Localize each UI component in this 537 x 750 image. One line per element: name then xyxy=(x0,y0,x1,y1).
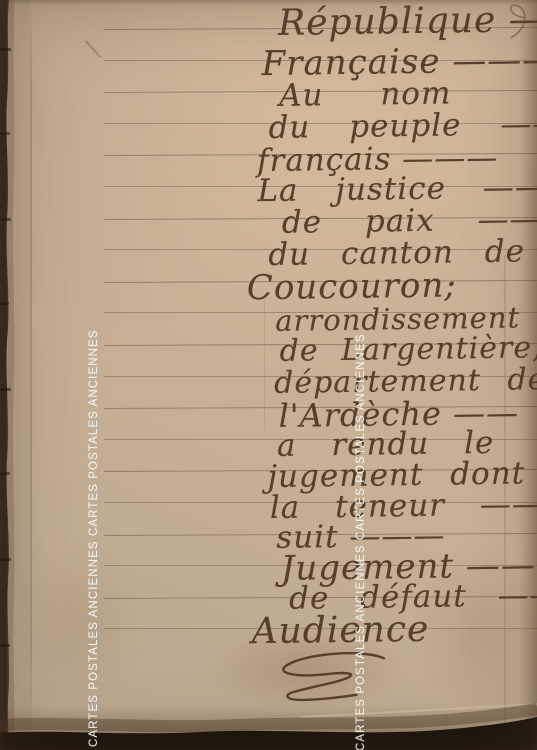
manuscript-line: du peuple —— xyxy=(268,109,537,144)
paper-edge-top xyxy=(0,0,537,5)
paper-edge-right xyxy=(519,0,537,750)
manuscript-line: Coucouron; xyxy=(247,268,457,305)
paper-edge-left xyxy=(0,0,20,750)
scanned-manuscript-page: République —— Française ——— Au nom du pe… xyxy=(0,0,537,750)
handwritten-text-block: République —— Française ——— Au nom du pe… xyxy=(0,0,537,750)
watermark-center-column: CARTES POSTALES ANCIENNES CARTES POSTALE… xyxy=(355,333,367,750)
watermark-left-column: CARTES POSTALES ANCIENNES CARTES POSTALE… xyxy=(88,329,100,747)
paper-edge-bottom xyxy=(0,695,537,750)
manuscript-line: Audience xyxy=(251,612,429,650)
